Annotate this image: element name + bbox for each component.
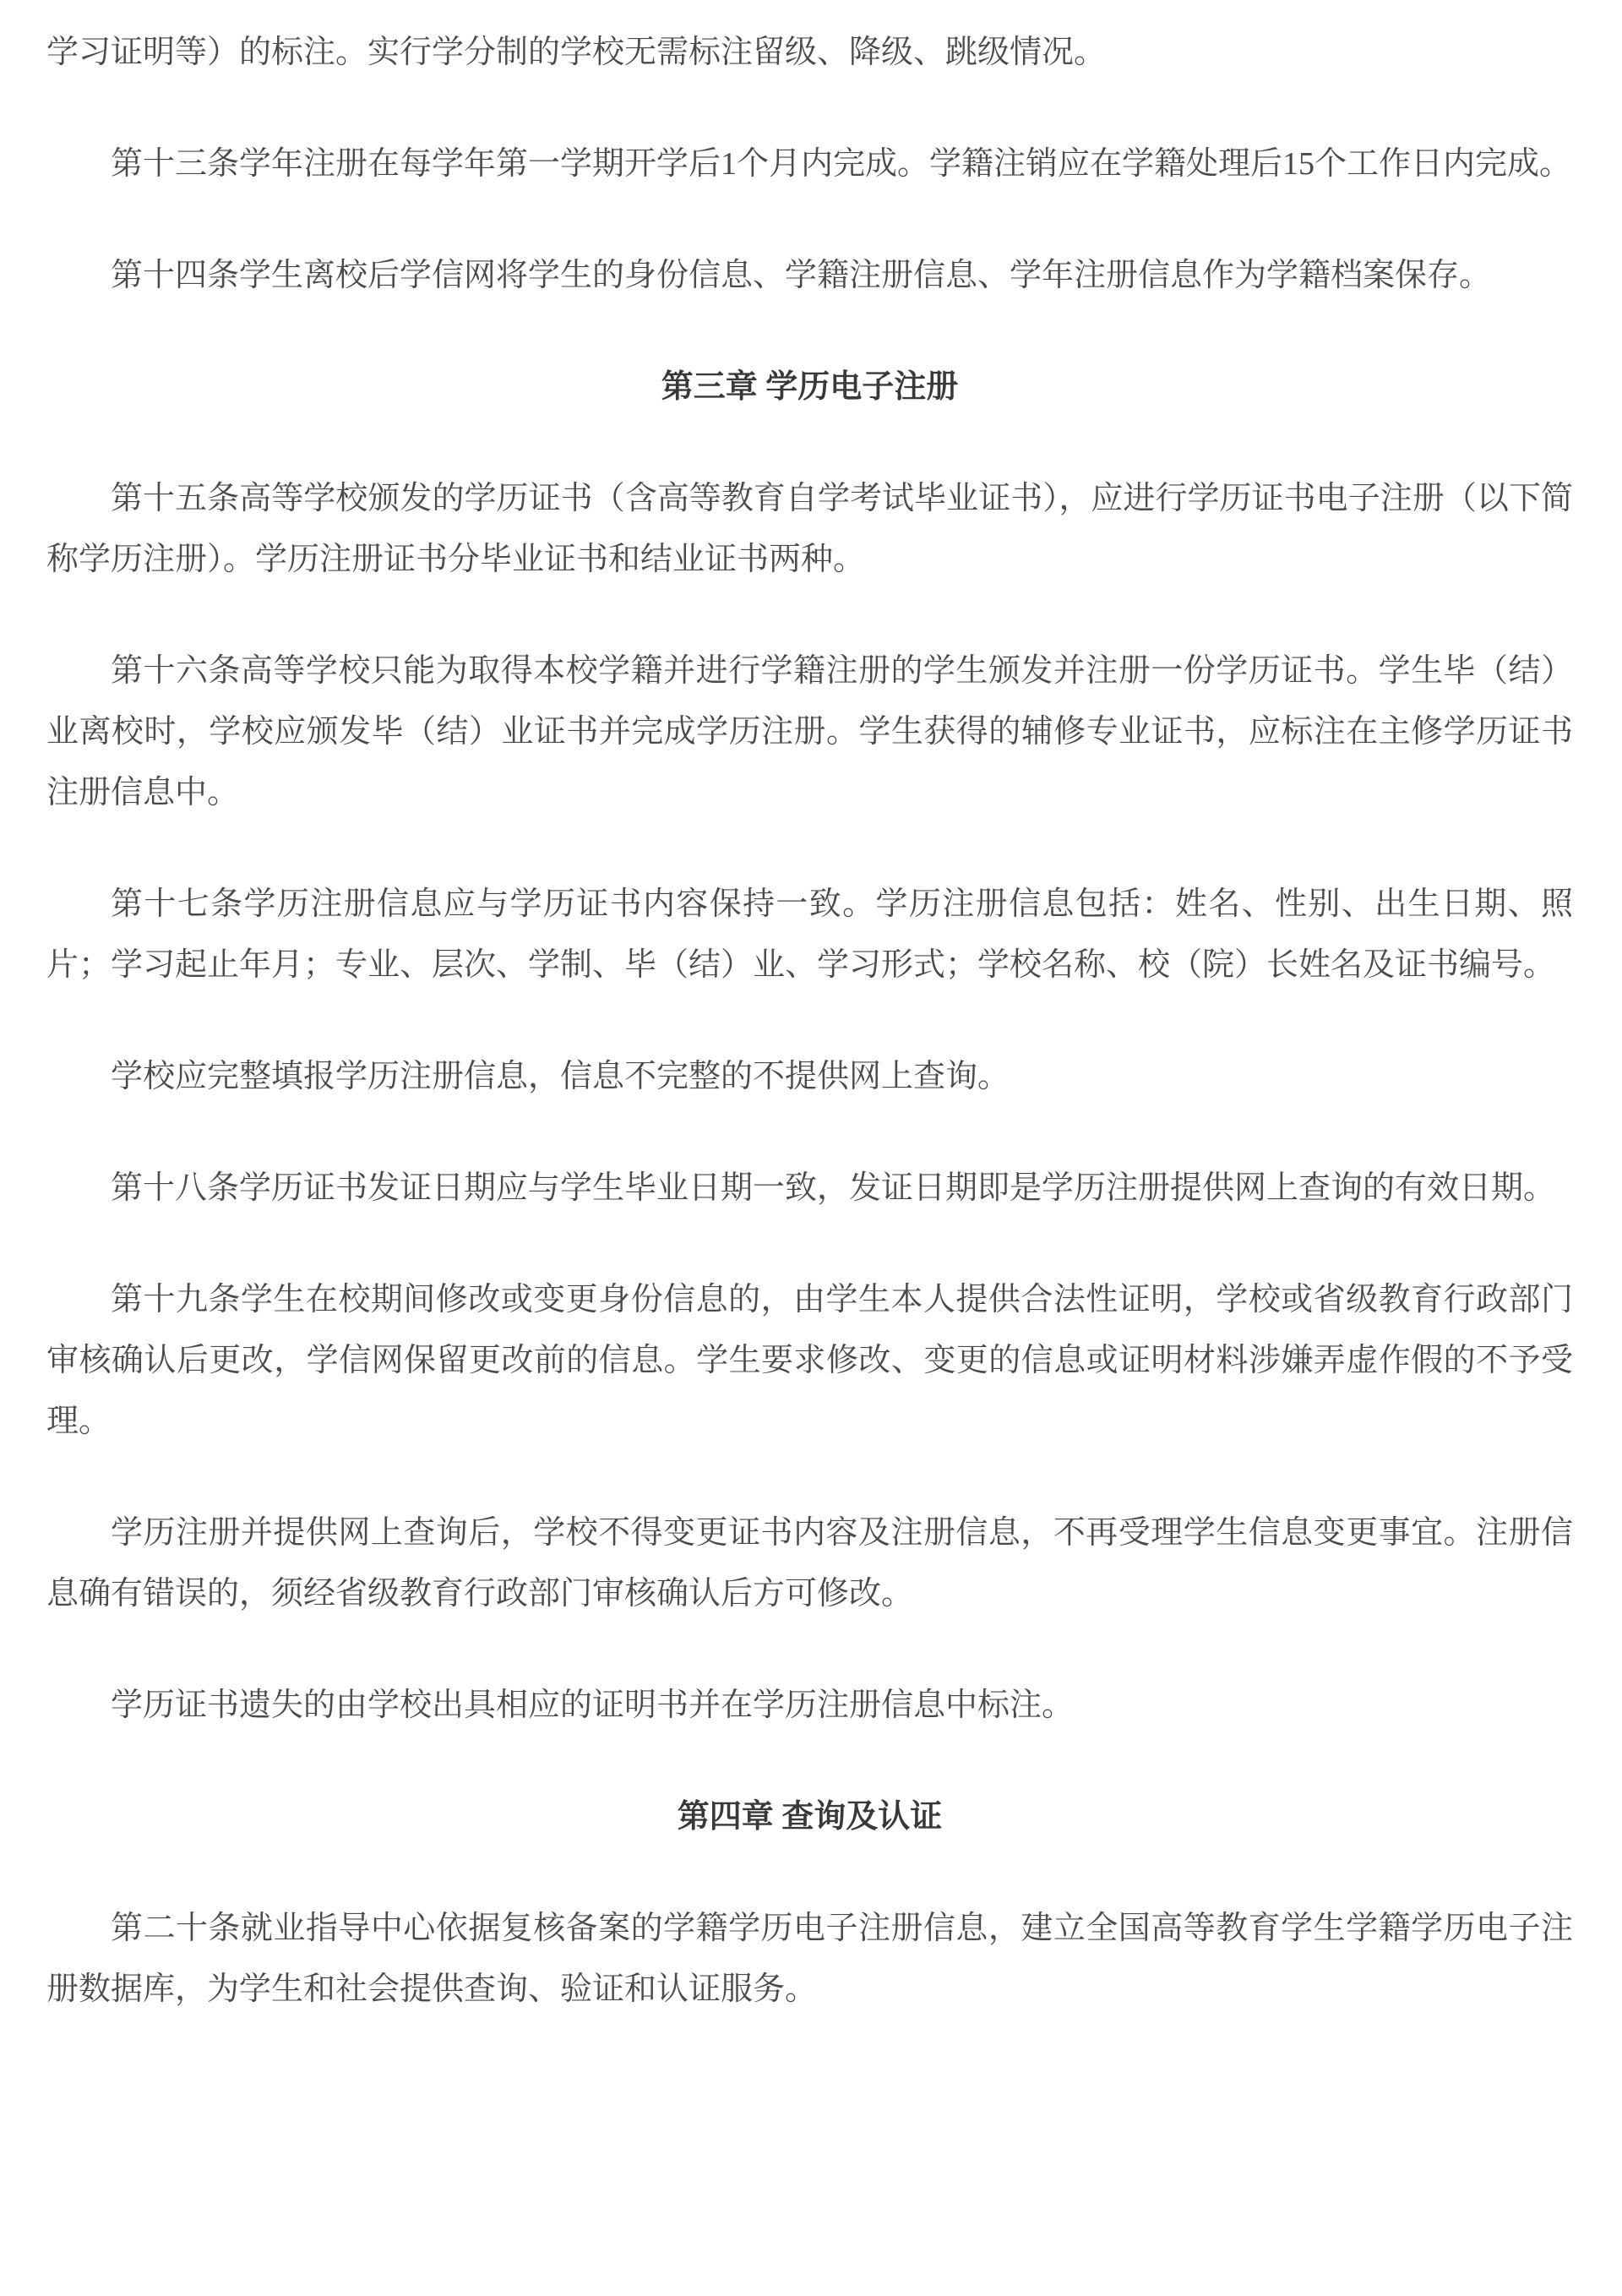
- document-body: 学习证明等）的标注。实行学分制的学校无需标注留级、降级、跳级情况。第十三条学年注…: [46, 22, 1573, 2020]
- paragraph: 第十三条学年注册在每学年第一学期开学后1个月内完成。学籍注销应在学籍处理后15个…: [46, 134, 1573, 194]
- paragraph: 学历注册并提供网上查询后，学校不得变更证书内容及注册信息，不再受理学生信息变更事…: [46, 1502, 1573, 1624]
- paragraph: 学习证明等）的标注。实行学分制的学校无需标注留级、降级、跳级情况。: [46, 22, 1573, 83]
- paragraph: 第十八条学历证书发证日期应与学生毕业日期一致，发证日期即是学历注册提供网上查询的…: [46, 1158, 1573, 1219]
- chapter-heading: 第三章 学历电子注册: [46, 357, 1573, 417]
- paragraph: 第十六条高等学校只能为取得本校学籍并进行学籍注册的学生颁发并注册一份学历证书。学…: [46, 641, 1573, 823]
- paragraph: 第十五条高等学校颁发的学历证书（含高等教育自学考试毕业证书），应进行学历证书电子…: [46, 468, 1573, 590]
- paragraph: 第二十条就业指导中心依据复核备案的学籍学历电子注册信息，建立全国高等教育学生学籍…: [46, 1898, 1573, 2020]
- chapter-heading: 第四章 查询及认证: [46, 1786, 1573, 1847]
- paragraph: 第十九条学生在校期间修改或变更身份信息的，由学生本人提供合法性证明，学校或省级教…: [46, 1269, 1573, 1452]
- paragraph: 第十四条学生离校后学信网将学生的身份信息、学籍注册信息、学年注册信息作为学籍档案…: [46, 245, 1573, 306]
- paragraph: 学历证书遗失的由学校出具相应的证明书并在学历注册信息中标注。: [46, 1675, 1573, 1736]
- document-page: 学习证明等）的标注。实行学分制的学校无需标注留级、降级、跳级情况。第十三条学年注…: [0, 0, 1622, 2296]
- paragraph: 第十七条学历注册信息应与学历证书内容保持一致。学历注册信息包括：姓名、性别、出生…: [46, 874, 1573, 995]
- paragraph: 学校应完整填报学历注册信息，信息不完整的不提供网上查询。: [46, 1046, 1573, 1107]
